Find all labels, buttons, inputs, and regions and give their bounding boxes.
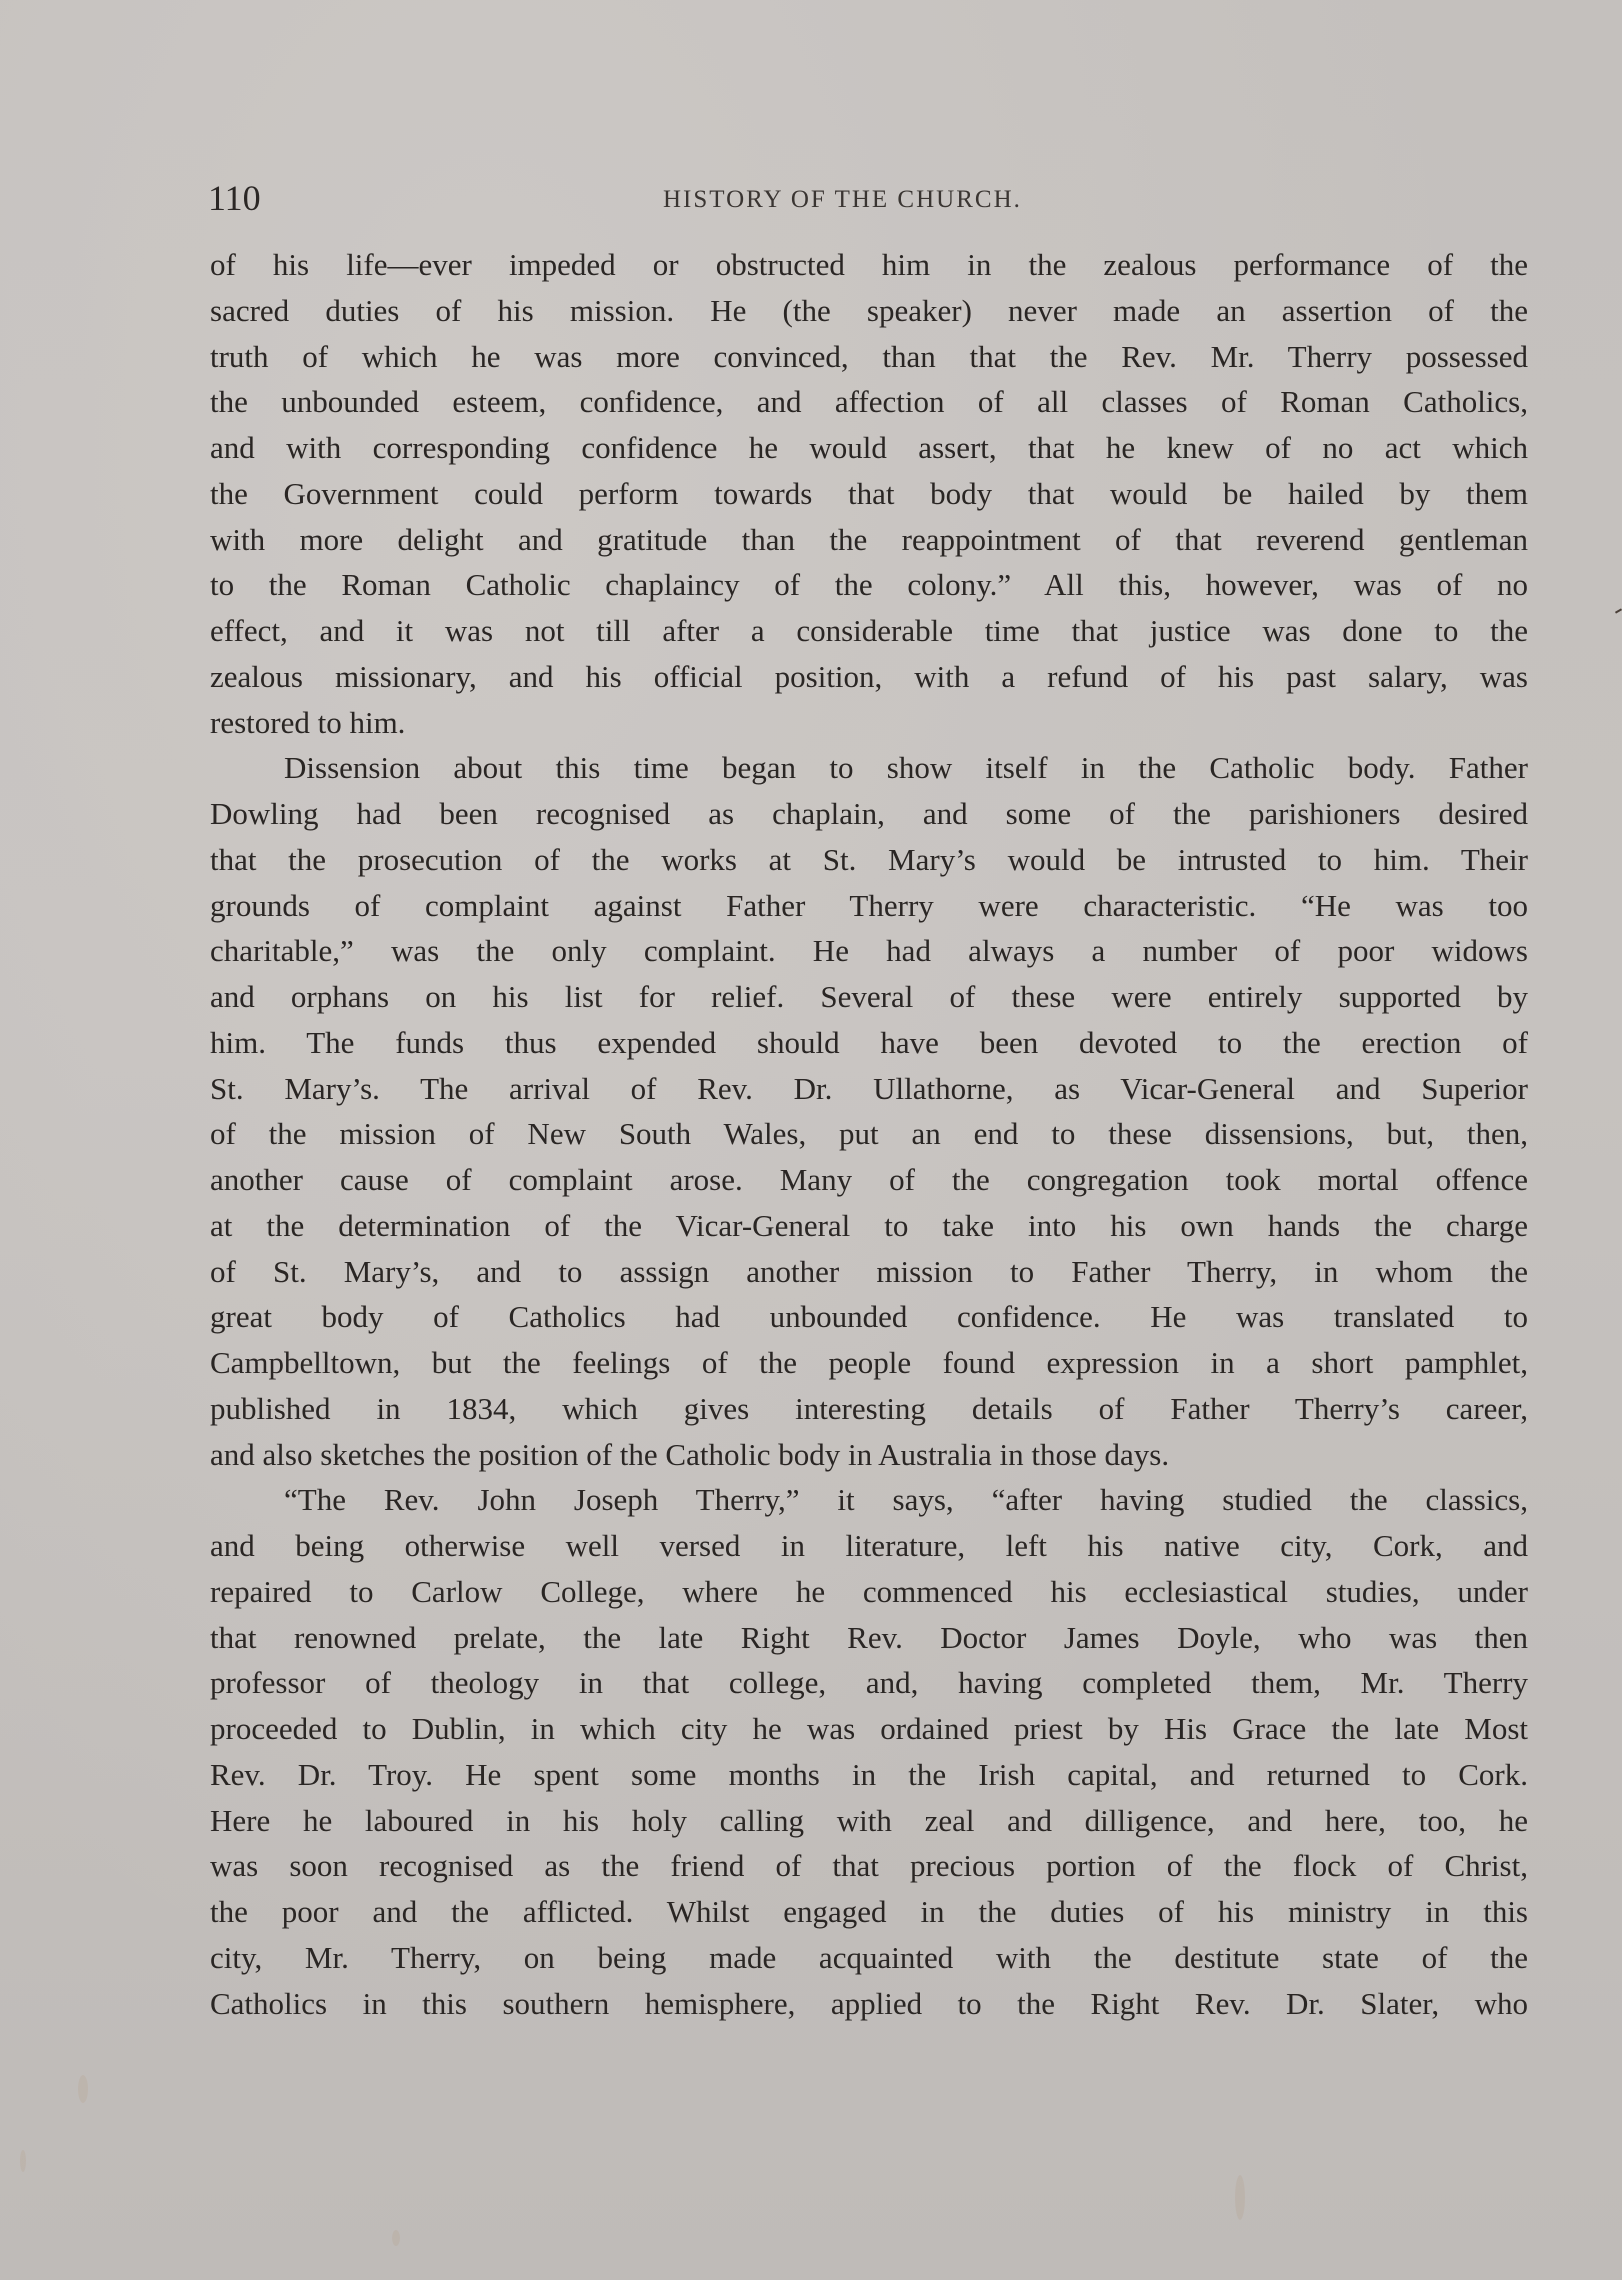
text-line: grounds of complaint against Father Ther…: [210, 883, 1528, 929]
text-line: and also sketches the position of the Ca…: [210, 1432, 1528, 1478]
text-line: the poor and the afflicted. Whilst engag…: [210, 1889, 1528, 1935]
text-line: Catholics in this southern hemisphere, a…: [210, 1981, 1528, 2027]
paper-stain: [392, 2230, 400, 2246]
text-line: Dissension about this time began to show…: [210, 745, 1528, 791]
text-line: restored to him.: [210, 700, 1528, 746]
text-line: at the determination of the Vicar-Genera…: [210, 1203, 1528, 1249]
text-line: and being otherwise well versed in liter…: [210, 1523, 1528, 1569]
text-line: the Government could perform towards tha…: [210, 471, 1528, 517]
paper-stain: [78, 2075, 88, 2103]
text-line: “The Rev. John Joseph Therry,” it says, …: [210, 1477, 1528, 1523]
paragraph-dissension: Dissension about this time began to show…: [210, 745, 1528, 1477]
running-title: HISTORY OF THE CHURCH.: [663, 180, 1022, 220]
text-line: sacred duties of his mission. He (the sp…: [210, 288, 1528, 334]
text-line: of St. Mary’s, and to asssign another mi…: [210, 1249, 1528, 1295]
text-line: repaired to Carlow College, where he com…: [210, 1569, 1528, 1615]
text-line: and with corresponding confidence he wou…: [210, 425, 1528, 471]
text-line: that the prosecution of the works at St.…: [210, 837, 1528, 883]
text-line: of the mission of New South Wales, put a…: [210, 1111, 1528, 1157]
text-line: published in 1834, which gives interesti…: [210, 1386, 1528, 1432]
running-head: 110 HISTORY OF THE CHURCH.: [208, 176, 1530, 220]
paragraph-continuation: of his life—ever impeded or obstructed h…: [210, 242, 1528, 745]
text-line: charitable,” was the only complaint. He …: [210, 928, 1528, 974]
text-line: of his life—ever impeded or obstructed h…: [210, 242, 1528, 288]
text-line: Dowling had been recognised as chaplain,…: [210, 791, 1528, 837]
text-line: Here he laboured in his holy calling wit…: [210, 1798, 1528, 1844]
text-line: to the Roman Catholic chaplaincy of the …: [210, 562, 1528, 608]
text-line: effect, and it was not till after a cons…: [210, 608, 1528, 654]
text-line: Rev. Dr. Troy. He spent some months in t…: [210, 1752, 1528, 1798]
text-line: zealous missionary, and his official pos…: [210, 654, 1528, 700]
text-line: and orphans on his list for relief. Seve…: [210, 974, 1528, 1020]
text-line: with more delight and gratitude than the…: [210, 517, 1528, 563]
text-line: professor of theology in that college, a…: [210, 1660, 1528, 1706]
page-edge-mark: [1615, 608, 1622, 613]
text-line: St. Mary’s. The arrival of Rev. Dr. Ulla…: [210, 1066, 1528, 1112]
text-line: city, Mr. Therry, on being made acquaint…: [210, 1935, 1528, 1981]
page-number: 110: [208, 176, 261, 220]
text-line: was soon recognised as the friend of tha…: [210, 1843, 1528, 1889]
paper-stain: [20, 2150, 26, 2172]
text-line: truth of which he was more convinced, th…: [210, 334, 1528, 380]
text-line: another cause of complaint arose. Many o…: [210, 1157, 1528, 1203]
text-line: great body of Catholics had unbounded co…: [210, 1294, 1528, 1340]
text-line: proceeded to Dublin, in which city he wa…: [210, 1706, 1528, 1752]
text-line: him. The funds thus expended should have…: [210, 1020, 1528, 1066]
text-line: Campbelltown, but the feelings of the pe…: [210, 1340, 1528, 1386]
paper-stain: [1235, 2175, 1245, 2220]
text-line: that renowned prelate, the late Right Re…: [210, 1615, 1528, 1661]
body-text: of his life—ever impeded or obstructed h…: [210, 242, 1528, 2026]
text-line: the unbounded esteem, confidence, and af…: [210, 379, 1528, 425]
paragraph-pamphlet-quote: “The Rev. John Joseph Therry,” it says, …: [210, 1477, 1528, 2026]
book-page: 110 HISTORY OF THE CHURCH. of his life—e…: [0, 0, 1622, 2280]
